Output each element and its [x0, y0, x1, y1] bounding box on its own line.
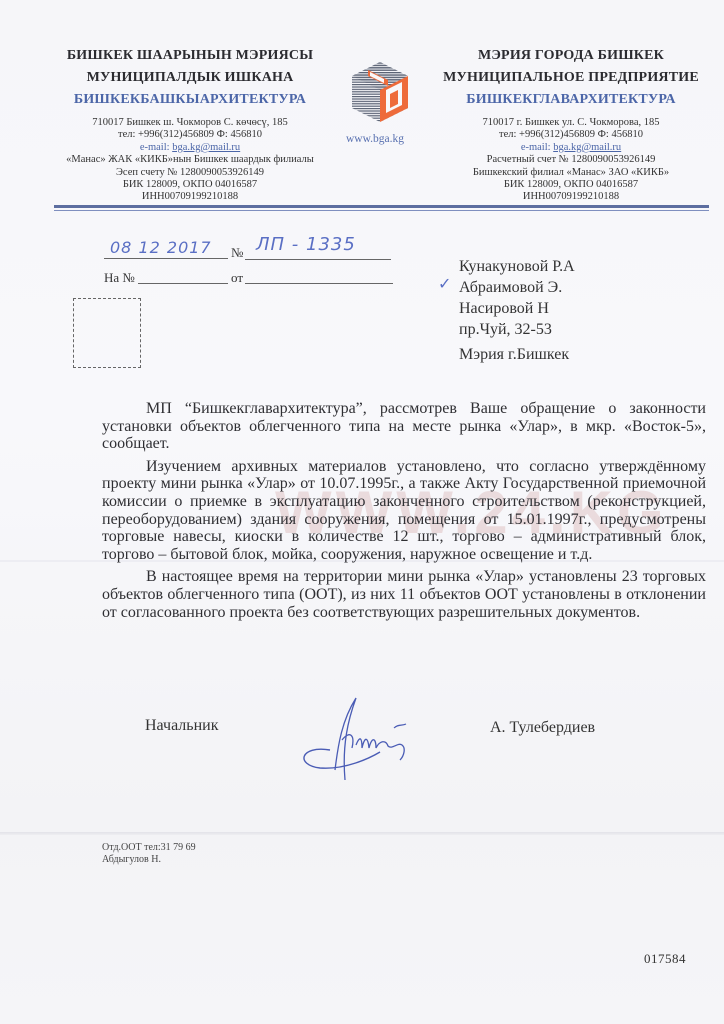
addressee-organization: Мэрия г.Бишкек	[459, 346, 569, 364]
org-email: e-mail: bga.kg@mail.ru	[440, 142, 702, 154]
stamp-placeholder-box	[73, 298, 141, 368]
org-name-line3: БИШКЕКБАШКЫАРХИТЕКТУРА	[40, 89, 340, 111]
letter-body: МП “Бишкекглавархитектура”, рассмотрев В…	[102, 400, 706, 626]
email-link[interactable]: bga.kg@mail.ru	[172, 142, 240, 153]
reply-number-line	[138, 283, 228, 284]
org-address: 710017 г. Бишкек ул. С. Чокморова, 185	[440, 117, 702, 129]
org-phone: тел: +996(312)456809 Ф: 456810	[40, 129, 340, 141]
number-underline	[245, 259, 391, 260]
form-serial-number: 017584	[644, 951, 686, 967]
addressee-line: пр.Чуй, 32-53	[459, 319, 575, 340]
org-account: Эсеп счету № 1280090053926149	[40, 167, 340, 179]
org-phone: тел: +996(312)456809 Ф: 456810	[440, 129, 702, 141]
handwritten-signature-icon	[290, 690, 430, 785]
org-inn: ИНН00709199210188	[440, 191, 702, 203]
body-paragraph: В настоящее время на территории мини рын…	[102, 568, 706, 621]
checkmark-icon: ✓	[438, 274, 451, 293]
date-underline	[104, 258, 228, 259]
org-address: 710017 Бишкек ш. Чокморов С. көчөсү, 185	[40, 117, 340, 129]
reply-to-label: На №	[104, 270, 135, 286]
paper-fold	[0, 832, 724, 835]
org-bik-okpo: БИК 128009, ОКПО 04016587	[40, 179, 340, 191]
logo-website[interactable]: www.bga.kg	[346, 133, 404, 145]
addressee-line: Кунакуновой Р.А	[459, 256, 575, 277]
letterhead-divider	[54, 205, 709, 208]
number-label: №	[231, 245, 243, 261]
email-label: e-mail:	[140, 142, 172, 153]
letterhead-kyrgyz: БИШКЕК ШААРЫНЫН МЭРИЯСЫ МУНИЦИПАЛДЫК ИШК…	[40, 45, 340, 204]
org-name-line2: МУНИЦИПАЛДЫК ИШКАНА	[40, 67, 340, 89]
addressee-line: Абраимовой Э.	[459, 277, 575, 298]
org-name-line1: МЭРИЯ ГОРОДА БИШКЕК	[440, 45, 702, 67]
executor-name: Абдыгулов Н.	[102, 854, 196, 866]
from-date-line	[245, 283, 393, 284]
bga-cube-logo-icon	[344, 60, 416, 126]
org-email: e-mail: bga.kg@mail.ru	[40, 142, 340, 154]
org-account: Расчетный счет № 1280090053926149	[440, 154, 702, 166]
email-label: e-mail:	[521, 142, 553, 153]
org-inn: ИНН00709199210188	[40, 191, 340, 203]
signatory-title: Начальник	[145, 717, 218, 735]
signatory-name: А. Тулебердиев	[490, 719, 595, 737]
email-link[interactable]: bga.kg@mail.ru	[553, 142, 621, 153]
addressee-block: Кунакуновой Р.А Абраимовой Э. Насировой …	[459, 256, 575, 340]
outgoing-date: 08 12 2017	[110, 238, 212, 257]
document-page: БИШКЕК ШААРЫНЫН МЭРИЯСЫ МУНИЦИПАЛДЫК ИШК…	[0, 0, 724, 1024]
letterhead-divider-thin	[54, 210, 709, 211]
org-name-line2: МУНИЦИПАЛЬНОЕ ПРЕДПРИЯТИЕ	[440, 67, 702, 89]
letterhead-russian: МЭРИЯ ГОРОДА БИШКЕК МУНИЦИПАЛЬНОЕ ПРЕДПР…	[440, 45, 702, 204]
executor-info: Отд.ООТ тел:31 79 69 Абдыгулов Н.	[102, 842, 196, 866]
from-label: от	[231, 270, 243, 286]
executor-department-phone: Отд.ООТ тел:31 79 69	[102, 842, 196, 854]
org-bank: Бишкекский филиал «Манас» ЗАО «КИКБ»	[440, 167, 702, 179]
org-bank: «Манас» ЖАК «КИКБ»нын Бишкек шаардык фил…	[40, 154, 340, 166]
body-paragraph: Изучением архивных материалов установлен…	[102, 458, 706, 564]
body-paragraph: МП “Бишкекглавархитектура”, рассмотрев В…	[102, 400, 706, 453]
outgoing-number: ЛП - 1335	[256, 234, 356, 255]
org-name-line3: БИШКЕКГЛАВАРХИТЕКТУРА	[440, 89, 702, 111]
org-bik-okpo: БИК 128009, ОКПО 04016587	[440, 179, 702, 191]
addressee-line: Насировой Н	[459, 298, 575, 319]
org-name-line1: БИШКЕК ШААРЫНЫН МЭРИЯСЫ	[40, 45, 340, 67]
